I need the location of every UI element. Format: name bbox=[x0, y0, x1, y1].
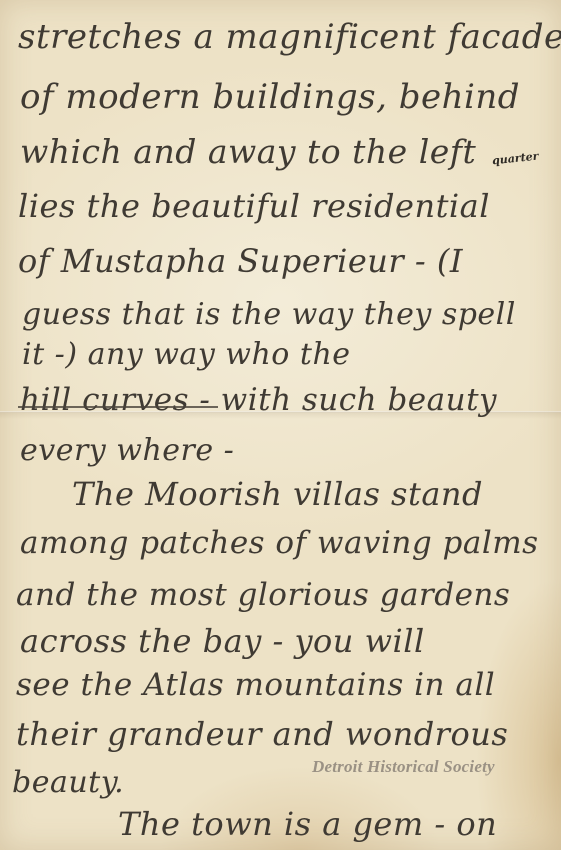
handwritten-line-2: of modern buildings, behind bbox=[20, 80, 520, 114]
handwritten-line-10: The Moorish villas stand bbox=[72, 478, 483, 510]
letter-page: stretches a magnificent facade of modern… bbox=[0, 0, 561, 850]
handwritten-line-1: stretches a magnificent facade bbox=[18, 20, 561, 54]
handwritten-line-14: see the Atlas mountains in all bbox=[16, 670, 495, 701]
handwritten-line-8: hill curves - with such beauty bbox=[20, 385, 497, 416]
handwritten-line-6: guess that is the way they spell bbox=[22, 300, 516, 330]
handwritten-line-4: lies the beautiful residential bbox=[18, 190, 490, 222]
handwritten-line-7: it -) any way who the bbox=[22, 340, 351, 370]
handwritten-line-17: The town is a gem - on bbox=[118, 808, 497, 840]
handwritten-line-5: of Mustapha Superieur - (I bbox=[18, 245, 463, 277]
handwritten-line-13: across the bay - you will bbox=[20, 625, 425, 657]
handwritten-line-15: their grandeur and wondrous bbox=[16, 718, 508, 750]
handwritten-line-9: every where - bbox=[20, 436, 234, 466]
handwritten-line-3: which and away to the left bbox=[20, 135, 476, 168]
strike-through-mark bbox=[18, 406, 218, 408]
handwritten-insertion: quarter bbox=[491, 150, 539, 168]
watermark-detroit-historical-society: Detroit Historical Society bbox=[312, 757, 495, 777]
handwritten-line-16: beauty. bbox=[12, 768, 124, 798]
handwritten-line-12: and the most glorious gardens bbox=[16, 580, 510, 611]
handwritten-line-11: among patches of waving palms bbox=[20, 528, 539, 559]
